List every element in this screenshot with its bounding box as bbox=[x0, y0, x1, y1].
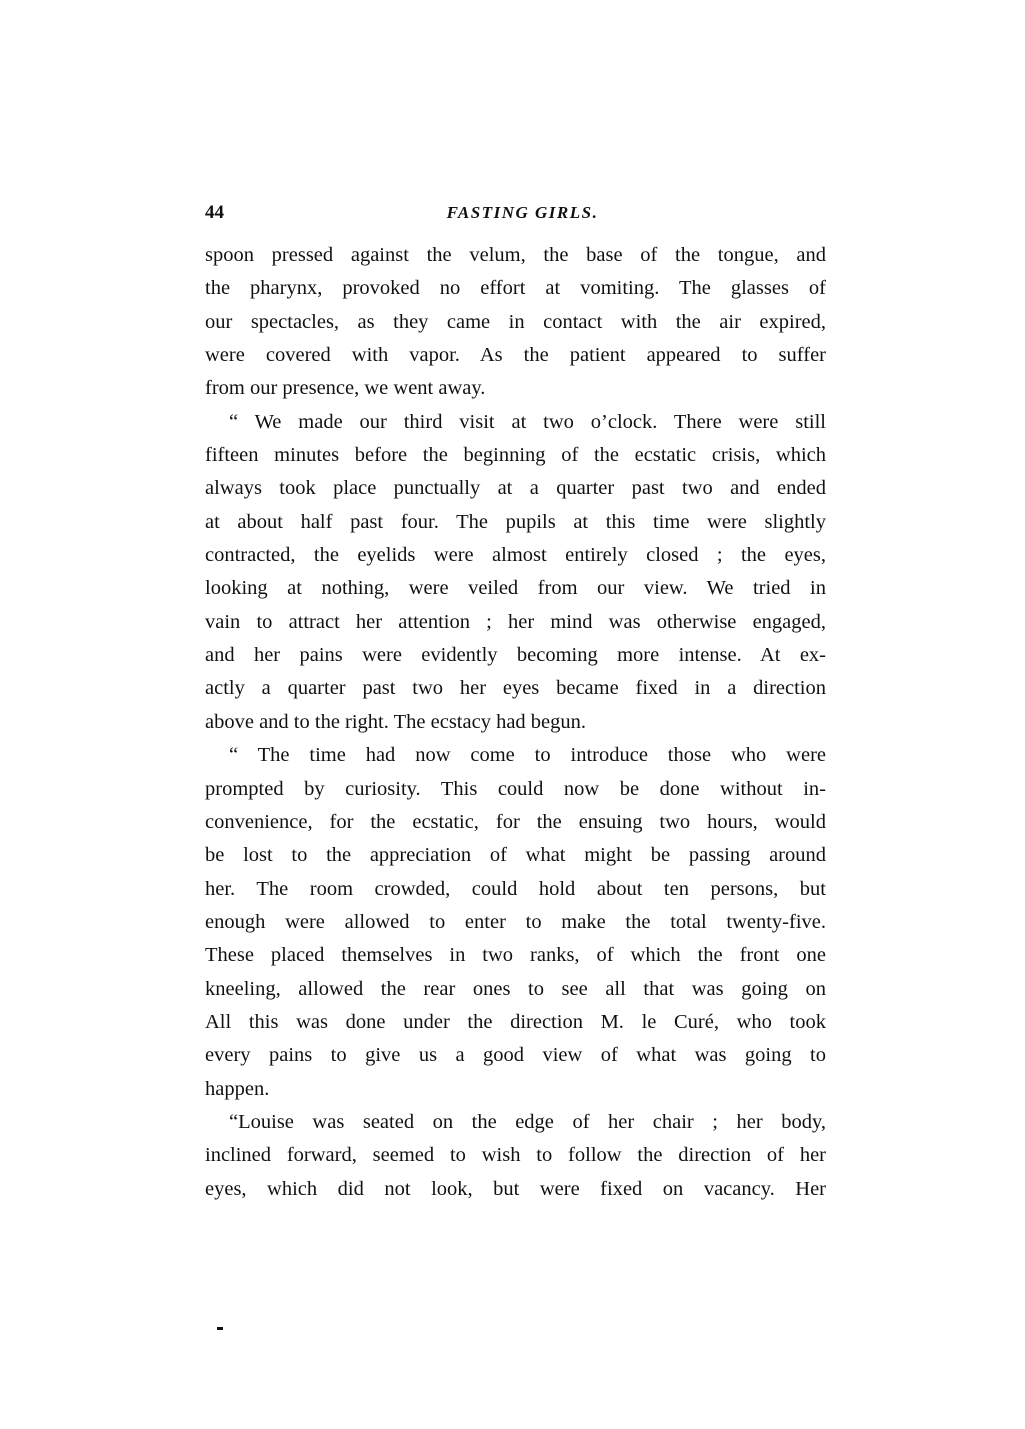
text-line: looking at nothing, were veiled from our… bbox=[205, 572, 826, 605]
text-line: spoon pressed against the velum, the bas… bbox=[205, 239, 826, 272]
text-line: vain to attract her attention ; her mind… bbox=[205, 606, 826, 639]
text-line: at about half past four. The pupils at t… bbox=[205, 506, 826, 539]
book-page: 44 FASTING GIRLS. spoon pressed against … bbox=[0, 0, 1025, 1429]
text-line: above and to the right. The ecstacy had … bbox=[205, 706, 826, 739]
text-line: actly a quarter past two her eyes became… bbox=[205, 672, 826, 705]
paragraph-first-line: “Louise was seated on the edge of her ch… bbox=[205, 1106, 826, 1139]
text-line: every pains to give us a good view of wh… bbox=[205, 1039, 826, 1072]
text-line: All this was done under the direction M.… bbox=[205, 1006, 826, 1039]
text-line: kneeling, allowed the rear ones to see a… bbox=[205, 973, 826, 1006]
paragraph-first-line: “ The time had now come to introduce tho… bbox=[205, 739, 826, 772]
text-line: always took place punctually at a quarte… bbox=[205, 472, 826, 505]
text-line: from our presence, we went away. bbox=[205, 372, 826, 405]
text-line: and her pains were evidently becoming mo… bbox=[205, 639, 826, 672]
text-line: were covered with vapor. As the patient … bbox=[205, 339, 826, 372]
text-line: enough were allowed to enter to make the… bbox=[205, 906, 826, 939]
text-line: her. The room crowded, could hold about … bbox=[205, 873, 826, 906]
scan-artifact-mark bbox=[217, 1327, 223, 1330]
running-head: 44 FASTING GIRLS. bbox=[205, 199, 826, 227]
text-line: These placed themselves in two ranks, of… bbox=[205, 939, 826, 972]
body-text: spoon pressed against the velum, the bas… bbox=[205, 239, 826, 1206]
text-line: convenience, for the ecstatic, for the e… bbox=[205, 806, 826, 839]
text-line: happen. bbox=[205, 1073, 826, 1106]
paragraph-first-line: “ We made our third visit at two o’clock… bbox=[205, 406, 826, 439]
text-line: prompted by curiosity. This could now be… bbox=[205, 773, 826, 806]
text-line: inclined forward, seemed to wish to foll… bbox=[205, 1139, 826, 1172]
text-line: eyes, which did not look, but were fixed… bbox=[205, 1173, 826, 1206]
text-line: fifteen minutes before the beginning of … bbox=[205, 439, 826, 472]
text-line: our spectacles, as they came in contact … bbox=[205, 306, 826, 339]
text-line: the pharynx, provoked no effort at vomit… bbox=[205, 272, 826, 305]
running-title: FASTING GIRLS. bbox=[205, 199, 826, 227]
text-line: contracted, the eyelids were almost enti… bbox=[205, 539, 826, 572]
text-line: be lost to the appreciation of what migh… bbox=[205, 839, 826, 872]
